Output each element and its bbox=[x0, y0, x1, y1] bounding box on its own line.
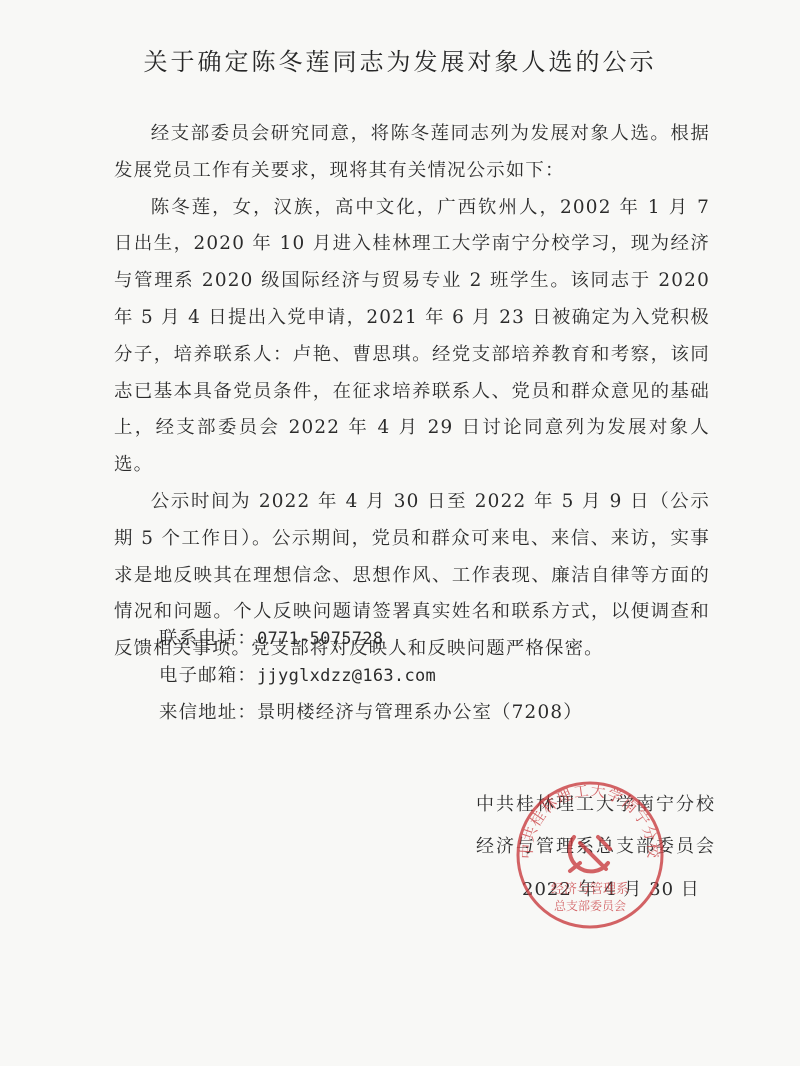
address-value: 景明楼经济与管理系办公室（7208） bbox=[257, 702, 583, 723]
email-label: 电子邮箱： bbox=[159, 665, 257, 686]
document-page: 关于确定陈冬莲同志为发展对象人选的公示 经支部委员会研究同意，将陈冬莲同志列为发… bbox=[0, 0, 800, 1066]
phone-label: 联系电话： bbox=[159, 628, 257, 649]
paragraph-candidate-info: 陈冬莲，女，汉族，高中文化，广西钦州人，2002 年 1 月 7 日出生，202… bbox=[114, 190, 710, 484]
contact-address: 来信地址：景明楼经济与管理系办公室（7208） bbox=[159, 698, 583, 724]
address-label: 来信地址： bbox=[159, 702, 257, 723]
email-value: jjyglxdzz@163.com bbox=[257, 666, 436, 686]
signature-org-line2: 经济与管理系总支部委员会 bbox=[476, 832, 716, 858]
contact-email: 电子邮箱：jjyglxdzz@163.com bbox=[159, 661, 436, 687]
phone-value: 0771-5075728 bbox=[257, 629, 383, 649]
signature-org-line1: 中共桂林理工大学南宁分校 bbox=[476, 790, 716, 816]
document-body: 经支部委员会研究同意，将陈冬莲同志列为发展对象人选。根据发展党员工作有关要求，现… bbox=[114, 116, 710, 668]
document-title: 关于确定陈冬莲同志为发展对象人选的公示 bbox=[0, 42, 800, 77]
contact-phone: 联系电话：0771-5075728 bbox=[159, 624, 383, 650]
signature-date: 2022 年 4 月 30 日 bbox=[522, 875, 700, 901]
paragraph-intro: 经支部委员会研究同意，将陈冬莲同志列为发展对象人选。根据发展党员工作有关要求，现… bbox=[114, 116, 710, 190]
